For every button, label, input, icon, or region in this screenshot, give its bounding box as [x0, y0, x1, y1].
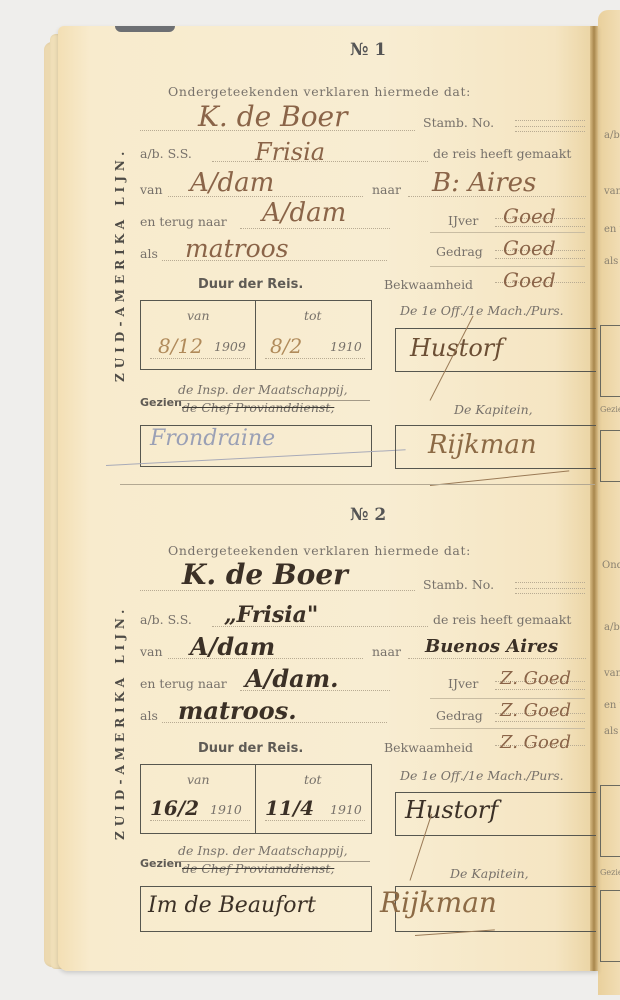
gedrag-label: Gedrag [436, 708, 483, 723]
end-date: 11/4 [265, 796, 314, 820]
captain-label: De Kapitein, [450, 866, 529, 881]
from-port: A/dam [190, 168, 274, 198]
role-label: als [140, 246, 158, 261]
inspector-signature: Frondraine [150, 426, 275, 451]
to-label: naar [372, 182, 401, 197]
side-label: ZUID-AMERIKA LIJN. [113, 605, 127, 840]
bekwaamheid-label: Bekwaamheid [384, 277, 473, 292]
van-label: van [187, 772, 210, 787]
next-page-text: Ond [602, 560, 620, 571]
ijver-label: IJver [448, 676, 478, 691]
stamb-label: Stamb. No. [423, 115, 494, 130]
voyage-label: de reis heeft gemaakt [433, 612, 571, 627]
officer-signature: Hustorf [405, 796, 498, 824]
start-year: 1910 [210, 802, 242, 817]
ijver-label: IJver [448, 213, 478, 228]
from-label: van [140, 182, 163, 197]
chef-label: de Chef Provianddienst, [182, 861, 334, 876]
tot-label: tot [304, 308, 322, 323]
next-page-text: Gezien [600, 405, 620, 414]
duration-title: Duur der Reis. [198, 277, 303, 292]
next-page-box [600, 430, 620, 482]
gedrag-line [495, 721, 585, 722]
side-label: ZUID-AMERIKA LIJN. [113, 147, 127, 382]
return-line [240, 228, 390, 229]
insp-label: de Insp. der Maatschappij, [178, 843, 348, 858]
gedrag-value: Z. Goed [500, 700, 571, 721]
next-page-text: a/b. S [604, 622, 620, 633]
captain-signature: Rijkman [428, 430, 537, 460]
chef-label: de Chef Provianddienst, [182, 400, 334, 415]
stamb-label: Stamb. No. [423, 577, 494, 592]
next-page-box [600, 785, 620, 857]
intro-text: Ondergeteekenden verklaren hiermede dat: [168, 543, 471, 558]
start-year: 1909 [214, 339, 246, 354]
entry-number: № 1 [350, 40, 386, 60]
voyage-label: de reis heeft gemaakt [433, 146, 571, 161]
ship-label: a/b. S.S. [140, 146, 192, 161]
stamb-line [515, 588, 585, 589]
officer-label: De 1e Off./1e Mach./Purs. [400, 768, 564, 783]
stamb-line [515, 131, 585, 132]
gezien-label: Gezien [140, 857, 182, 870]
divider [255, 765, 256, 833]
next-page-text: en terug [604, 700, 620, 711]
role-label: als [140, 708, 158, 723]
next-page-edge: a/b. S van en terug als Gezien Ond a/b. … [598, 10, 620, 995]
intro-text: Ondergeteekenden verklaren hiermede dat: [168, 84, 471, 99]
captain-label: De Kapitein, [454, 402, 533, 417]
sailor-name: K. de Boer [182, 558, 348, 591]
return-port: A/dam [262, 198, 346, 228]
next-page-text: van [604, 668, 620, 679]
next-page-text: als [604, 256, 618, 267]
van-label: van [187, 308, 210, 323]
ship-label: a/b. S.S. [140, 612, 192, 627]
date-line [150, 820, 250, 821]
return-label: en terug naar [140, 214, 227, 229]
return-port: A/dam. [245, 664, 338, 693]
to-line [408, 658, 586, 659]
tot-label: tot [304, 772, 322, 787]
bekwaamheid-label: Bekwaamheid [384, 740, 473, 755]
captain-signature: Rijkman [380, 886, 497, 919]
gedrag-label: Gedrag [436, 244, 483, 259]
bekwaamheid-value: Goed [503, 268, 556, 292]
start-date: 8/12 [158, 334, 203, 358]
next-page-text: als [604, 726, 618, 737]
rule [430, 232, 585, 233]
rule [430, 728, 585, 729]
insp-label: de Insp. der Maatschappij, [178, 382, 348, 397]
to-port: B: Aires [432, 168, 536, 198]
start-date: 16/2 [150, 796, 199, 820]
from-port: A/dam [190, 632, 275, 661]
stamb-line [515, 582, 585, 583]
bekwaamheid-value: Z. Goed [500, 732, 571, 753]
end-date: 8/2 [270, 334, 302, 358]
next-page-text: a/b. S [604, 130, 620, 141]
inspector-signature: Im de Beaufort [148, 893, 316, 918]
to-label: naar [372, 644, 401, 659]
ship-name: „Frisia" [224, 602, 318, 628]
role-value: matroos. [178, 696, 297, 725]
ijver-value: Goed [503, 204, 556, 228]
duration-title: Duur der Reis. [198, 741, 303, 756]
rule [430, 698, 585, 699]
stamb-line [515, 593, 585, 594]
entry-number: № 2 [350, 505, 386, 525]
stamb-line [515, 120, 585, 121]
next-page-text: van [604, 186, 620, 197]
rule [430, 266, 585, 267]
role-value: matroos [185, 234, 289, 263]
date-line [265, 358, 365, 359]
next-page-text: en terug [604, 224, 620, 235]
end-year: 1910 [330, 802, 362, 817]
officer-label: De 1e Off./1e Mach./Purs. [400, 303, 564, 318]
end-year: 1910 [330, 339, 362, 354]
page-clip [115, 26, 175, 32]
ijver-line [495, 689, 585, 690]
divider [255, 301, 256, 369]
ship-name: Frisia [255, 138, 325, 166]
ijver-value: Z. Goed [500, 668, 571, 689]
date-line [150, 358, 250, 359]
next-page-box [600, 890, 620, 962]
gezien-label: Gezien [140, 396, 182, 409]
date-line [265, 820, 365, 821]
stamb-line [515, 126, 585, 127]
to-port: Buenos Aires [425, 636, 558, 657]
return-label: en terug naar [140, 676, 227, 691]
next-page-text: Gezien [600, 868, 620, 877]
section-divider [120, 484, 595, 485]
gedrag-value: Goed [503, 236, 556, 260]
from-label: van [140, 644, 163, 659]
sailor-name: K. de Boer [198, 100, 348, 133]
next-page-box [600, 325, 620, 397]
